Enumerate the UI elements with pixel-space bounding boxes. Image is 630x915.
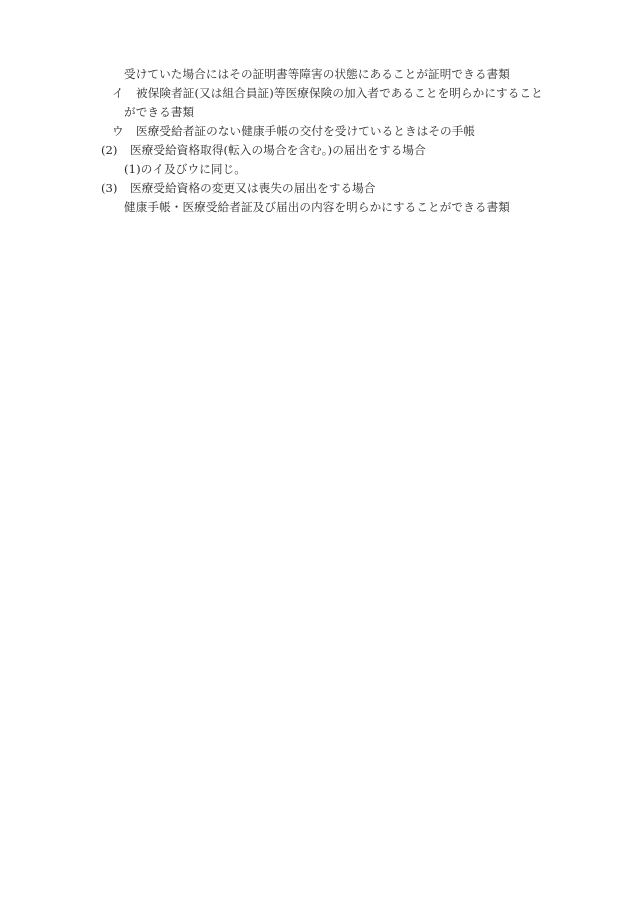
section-marker-3: (3) bbox=[101, 179, 117, 198]
section-marker-2: (2) bbox=[101, 141, 117, 160]
section-3-body: 健康手帳・医療受給者証及び届出の内容を明らかにすることができる書類 bbox=[124, 198, 510, 217]
section-2-body: (1)のイ及びウに同じ。 bbox=[124, 160, 246, 179]
item-i-continuation: ができる書類 bbox=[124, 103, 194, 122]
paragraph-continuation: 受けていた場合にはその証明書等障害の状態にあることが証明できる書類 bbox=[124, 65, 510, 84]
item-u-text: 医療受給者証のない健康手帳の交付を受けているときはその手帳 bbox=[136, 122, 475, 141]
item-i-text: 被保険者証(又は組合員証)等医療保険の加入者であることを明らかにすること bbox=[136, 84, 543, 103]
section-2-heading: 医療受給資格取得(転入の場合を含む。)の届出をする場合 bbox=[130, 141, 426, 160]
document-page: 受けていた場合にはその証明書等障害の状態にあることが証明できる書類 イ 被保険者… bbox=[0, 0, 630, 915]
section-3-heading: 医療受給資格の変更又は喪失の届出をする場合 bbox=[130, 179, 376, 198]
item-marker-i: イ bbox=[112, 84, 124, 103]
item-marker-u: ウ bbox=[112, 122, 124, 141]
